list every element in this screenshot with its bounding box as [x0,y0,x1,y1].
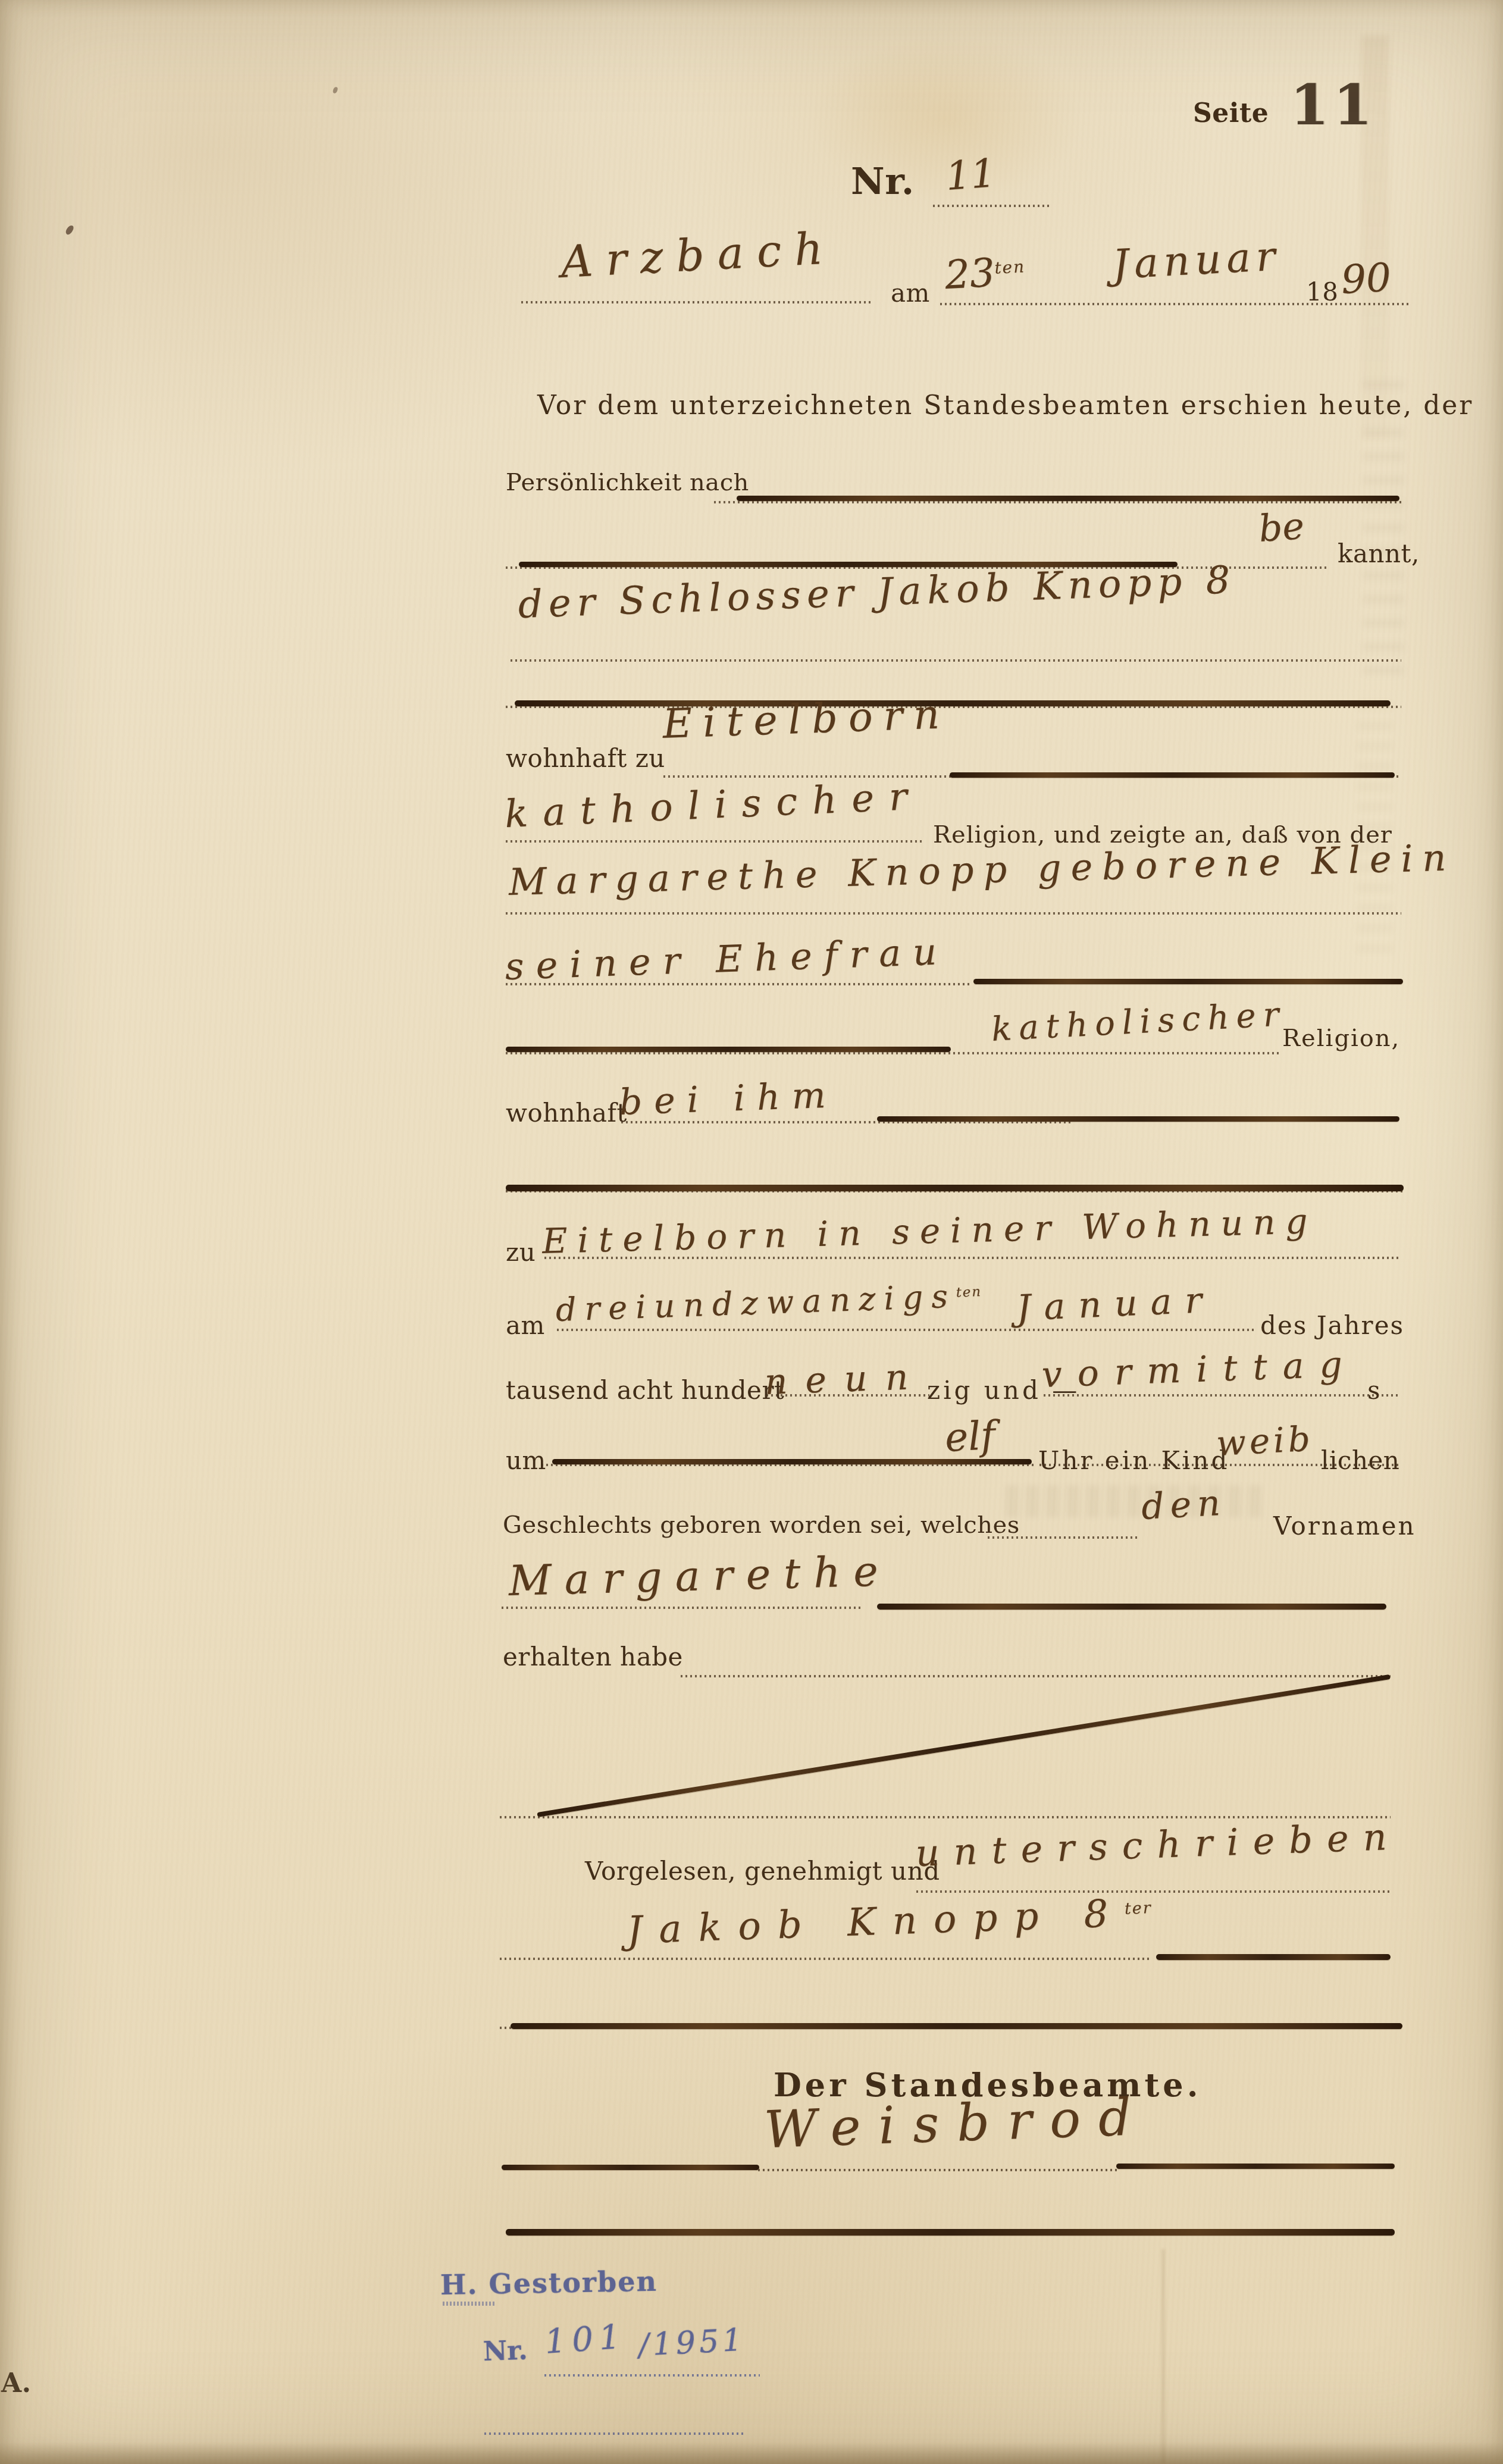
ink-strike-line [515,700,1391,706]
ink-strike-line [506,1185,1404,1191]
dotted-rule [766,1394,929,1397]
crease-line [1161,2249,1165,2463]
form-text-birthdate-prefix: am [506,1311,545,1340]
closing-entry: unterschrieben [915,1815,1401,1875]
dotted-rule [506,1052,1279,1054]
residence2-entry: bei ihm [619,1074,838,1123]
ink-fleck [333,86,339,93]
religion-entry: katholischer [504,774,923,837]
form-text-known: kannt, [1338,539,1420,568]
ink-strike-line [511,2023,1402,2029]
dotted-rule [758,2169,1117,2171]
dotted-rule [506,983,972,985]
form-text-hour-suffix: Uhr ein Kind [1038,1446,1229,1475]
dotted-rule [916,1890,1391,1893]
dotted-rule [506,912,1401,915]
registrar-signature: Weisbrod [763,2087,1150,2160]
birthday-entry: dreiundzwanzigsten [555,1276,982,1329]
page-number: 11 [1290,73,1376,138]
stamp-small-print [443,2302,496,2306]
hour-entry: elf [944,1413,997,1461]
form-text-birthplace-prefix: zu [506,1238,536,1267]
form-text-year-label: des Jahres [1260,1311,1404,1340]
dotted-rule [681,1675,1391,1677]
form-text-residence-label: wohnhaft zu [506,744,665,773]
bleed-through [1363,381,1404,690]
form-text-identity: Persönlichkeit nach [506,469,749,496]
form-text-year-prefix: 18 [1306,277,1338,306]
time-of-day-entry: vormittag [1041,1344,1358,1396]
form-text-closing: Vorgelesen, genehmigt und [585,1856,940,1886]
article-entry: den [1140,1482,1227,1528]
ink-strike-line [1116,2164,1395,2169]
record-number-value: 11 [944,150,997,199]
page-number-label: Seite [1193,98,1269,129]
religion2-entry: katholischer [991,995,1287,1049]
gender-entry: weib [1215,1419,1314,1464]
ink-strike-line [737,496,1399,501]
child-name-entry: Margarethe [508,1546,892,1605]
death-stamp: H. Gestorben [440,2265,658,2301]
reference-number-entry: 101 [543,2318,627,2362]
dotted-rule [544,2374,760,2377]
dotted-rule [988,1536,1139,1539]
birthmonth-entry: Januar [1016,1279,1216,1329]
day-entry: 23ten [944,248,1026,298]
dotted-rule [714,501,1404,503]
ink-strike-line [506,2229,1395,2236]
dotted-rule [506,840,922,843]
dotted-rule [1039,1464,1399,1466]
place-entry: Arzbach [559,223,837,288]
form-text-received: erhalten habe [503,1642,683,1671]
dotted-rule [500,1816,1391,1818]
dotted-rule [502,1607,862,1609]
form-text-religion2: Religion, [1282,1025,1400,1052]
dotted-rule [1044,1394,1399,1397]
ink-strike-line [973,979,1403,984]
ink-strike-line [877,1604,1386,1610]
ink-strike-line [502,2165,759,2170]
ink-strike-line [877,1116,1399,1122]
diagonal-cancel-stroke [537,1674,1391,1817]
form-text-gender-suffix: lichen [1321,1446,1399,1475]
dotted-rule [940,303,1409,305]
page-bottom-shadow [0,2442,1503,2464]
dotted-rule [521,301,873,303]
year-entry: 90 [1340,255,1392,303]
ink-strike-line [506,1047,951,1052]
ink-strike-line [950,772,1395,778]
form-text-intro: Vor dem unterzeichneten Standesbeamten e… [537,390,1473,421]
reference-stamp-label: Nr. [483,2335,528,2368]
dotted-rule [484,2432,746,2435]
record-number-label: Nr. [851,159,915,203]
dotted-rule [557,1329,1254,1331]
form-text-firstname-label: Vornamen [1273,1511,1416,1541]
dotted-rule [544,1257,1399,1259]
corner-form-mark: A. [1,2368,31,2399]
reference-year-entry: /1951 [638,2322,747,2363]
scanned-register-page: Seite 11 Nr. 11 Arzbach am 23ten Januar … [0,0,1503,2464]
form-text-residence2-label: wohnhaft [506,1098,627,1128]
birthplace-entry: Eitelborn in seiner Wohnung [541,1201,1318,1261]
declarant-signature: Jakob Knopp 8ter [626,1890,1153,1953]
dotted-rule [933,205,1050,207]
form-text-year-line: tausend acht hundert [506,1376,784,1405]
month-entry: Januar [1111,233,1282,289]
form-text-am: am [891,278,930,308]
known-entry: be [1257,504,1305,550]
ink-fleck [65,224,75,236]
form-text-hour-label: um [506,1446,546,1475]
ink-strike-line [1156,1954,1391,1960]
form-text-time-suffix: s [1367,1376,1380,1405]
relation-entry: seiner Ehefrau [504,929,949,988]
dotted-rule [511,659,1401,662]
form-text-gender-line: Geschlechts geboren worden sei, welches [503,1511,1020,1539]
dotted-rule [500,1958,1151,1960]
residence-entry: Eitelborn [662,691,951,748]
